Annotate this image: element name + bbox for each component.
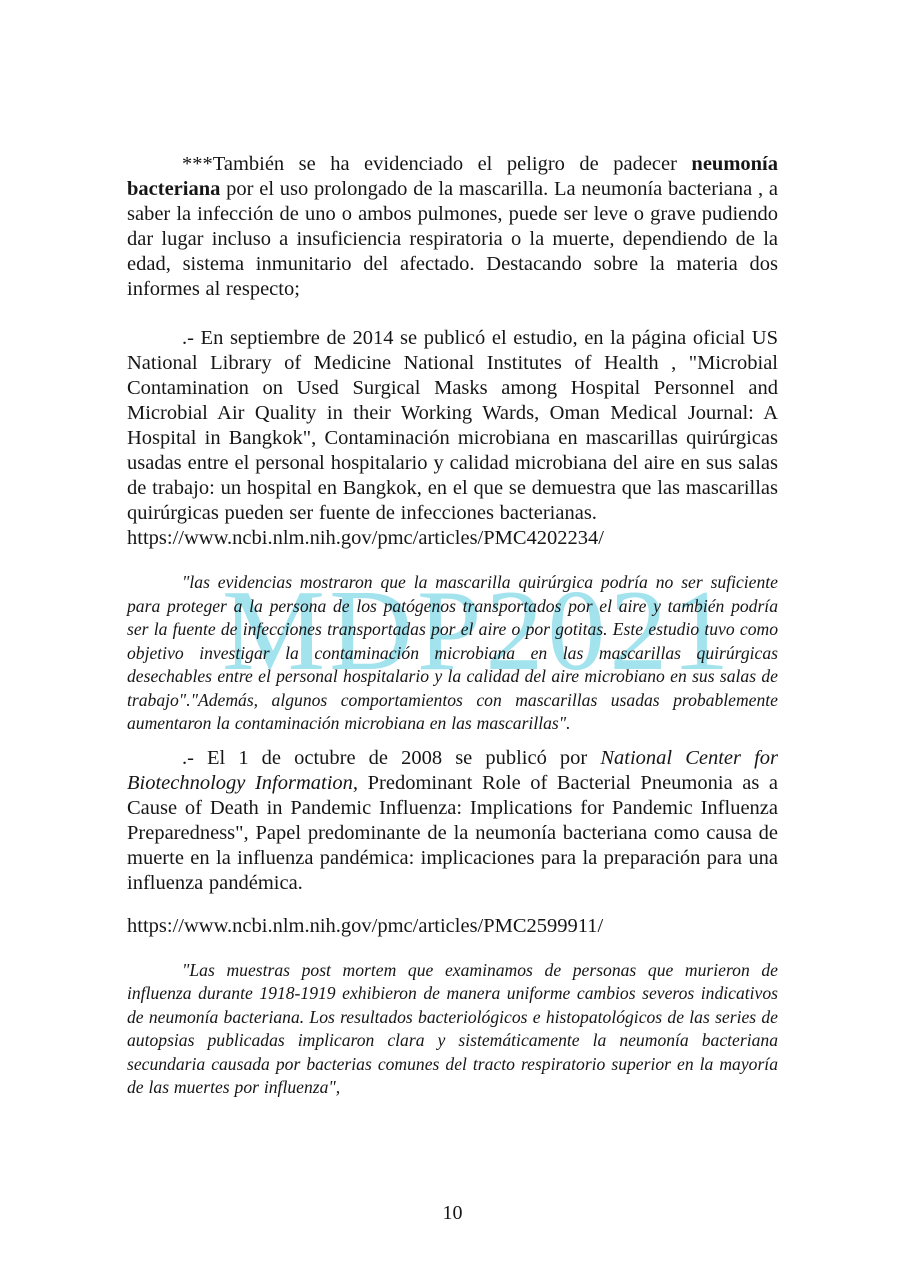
intro-paragraph-run: ***También se ha evidenciado el peligro … [182, 153, 691, 175]
page-number: 10 [0, 1202, 905, 1225]
quote-2008-study: "Las muestras post mortem que examinamos… [127, 959, 778, 1100]
study-2008-paragraph-run: .- El 1 de octubre de 2008 se publicó po… [182, 747, 600, 769]
page-content: ***También se ha evidenciado el peligro … [0, 0, 905, 1100]
intro-paragraph: ***También se ha evidenciado el peligro … [127, 152, 778, 302]
study-2014-paragraph: .- En septiembre de 2014 se publicó el e… [127, 326, 778, 526]
url-pmc2599911[interactable]: https://www.ncbi.nlm.nih.gov/pmc/article… [127, 914, 778, 939]
url-pmc4202234[interactable]: https://www.ncbi.nlm.nih.gov/pmc/article… [127, 526, 778, 551]
intro-paragraph-run: por el uso prolongado de la mascarilla. … [127, 178, 778, 300]
quote-2008-study-run: "Las muestras post mortem que examinamos… [127, 960, 778, 1098]
quote-2014-study: "las evidencias mostraron que la mascari… [127, 571, 778, 736]
study-2014-paragraph-run: .- En septiembre de 2014 se publicó el e… [127, 327, 778, 524]
quote-2014-study-run: "las evidencias mostraron que la mascari… [127, 572, 778, 733]
study-2008-paragraph: .- El 1 de octubre de 2008 se publicó po… [127, 746, 778, 896]
url-pmc2599911-run: https://www.ncbi.nlm.nih.gov/pmc/article… [127, 915, 603, 937]
document-page: MDP2021 ***También se ha evidenciado el … [0, 0, 905, 1280]
url-pmc4202234-run: https://www.ncbi.nlm.nih.gov/pmc/article… [127, 527, 604, 549]
